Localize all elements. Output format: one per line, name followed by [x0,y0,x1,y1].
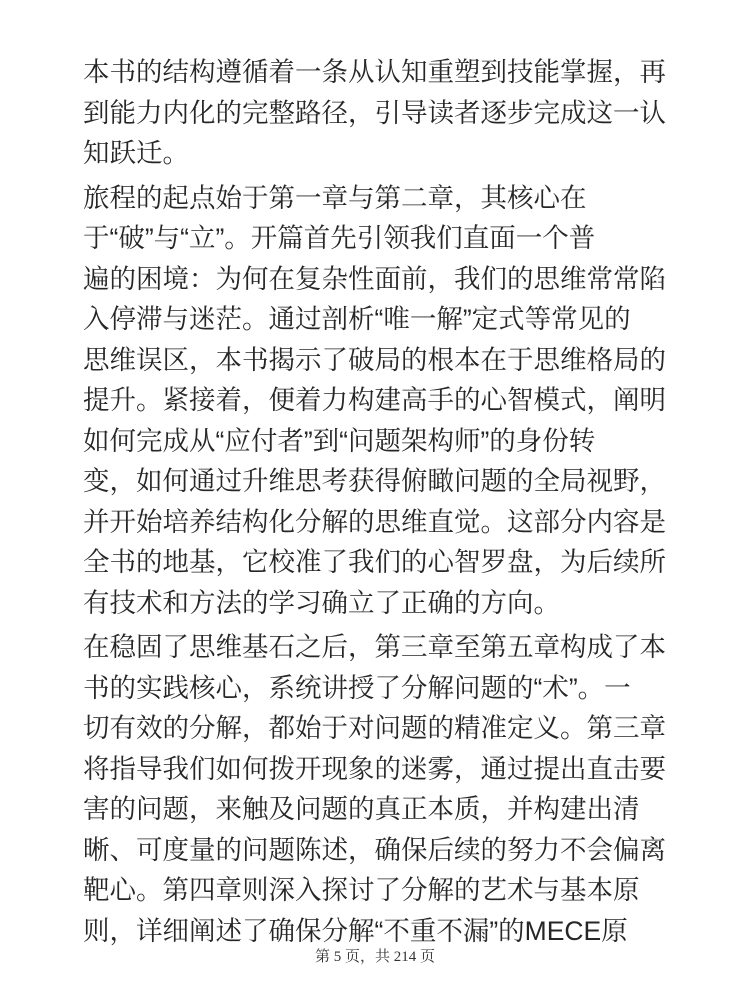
paragraph-chapters-1-2: 旅程的起点始于第一章与第二章，其核心在 于“破”与“立”。开篇首先引领我们直面一… [83,178,675,624]
text-line: 思维误区，本书揭示了破局的根本在于思维格局的 [83,340,675,381]
text-line: 将指导我们如何拨开现象的迷雾，通过提出直击要 [83,749,675,790]
text-line: 害的问题，来触及问题的真正本质，并构建出清 [83,789,675,830]
text-line: 知跃迁。 [83,133,675,174]
text-line: 本书的结构遵循着一条从认知重塑到技能掌握，再 [83,52,675,93]
text-line: 旅程的起点始于第一章与第二章，其核心在 [83,178,675,219]
text-line: 到能力内化的完整路径，引导读者逐步完成这一认 [83,93,675,134]
text-line: 于“破”与“立”。开篇首先引领我们直面一个普 [83,218,675,259]
page-content: 本书的结构遵循着一条从认知重塑到技能掌握，再 到能力内化的完整路径，引导读者逐步… [83,52,675,955]
text-line: 变，如何通过升维思考获得俯瞰问题的全局视野， [83,461,675,502]
text-line: 晰、可度量的问题陈述，确保后续的努力不会偏离 [83,830,675,871]
text-line: 并开始培养结构化分解的思维直觉。这部分内容是 [83,502,675,543]
text-line: 书的实践核心，系统讲授了分解问题的“术”。一 [83,668,675,709]
document-page: 本书的结构遵循着一条从认知重塑到技能掌握，再 到能力内化的完整路径，引导读者逐步… [0,0,750,1000]
text-line: 提升。紧接着，便着力构建高手的心智模式，阐明 [83,380,675,421]
text-line: 全书的地基，它校准了我们的心智罗盘，为后续所 [83,542,675,583]
paragraph-chapters-3-5: 在稳固了思维基石之后，第三章至第五章构成了本 书的实践核心，系统讲授了分解问题的… [83,627,675,951]
text-line: 有技术和方法的学习确立了正确的方向。 [83,583,675,624]
text-line: 靶心。第四章则深入探讨了分解的艺术与基本原 [83,870,675,911]
text-line: 入停滞与迷茫。通过剖析“唯一解”定式等常见的 [83,299,675,340]
text-line: 遍的困境：为何在复杂性面前，我们的思维常常陷 [83,259,675,300]
page-number-footer: 第 5 页，共 214 页 [0,946,750,968]
text-line: 则，详细阐述了确保分解“不重不漏”的MECE原 [83,911,675,952]
paragraph-intro-structure: 本书的结构遵循着一条从认知重塑到技能掌握，再 到能力内化的完整路径，引导读者逐步… [83,52,675,174]
text-line: 如何完成从“应付者”到“问题架构师”的身份转 [83,421,675,462]
text-line: 切有效的分解，都始于对问题的精准定义。第三章 [83,708,675,749]
text-line: 在稳固了思维基石之后，第三章至第五章构成了本 [83,627,675,668]
